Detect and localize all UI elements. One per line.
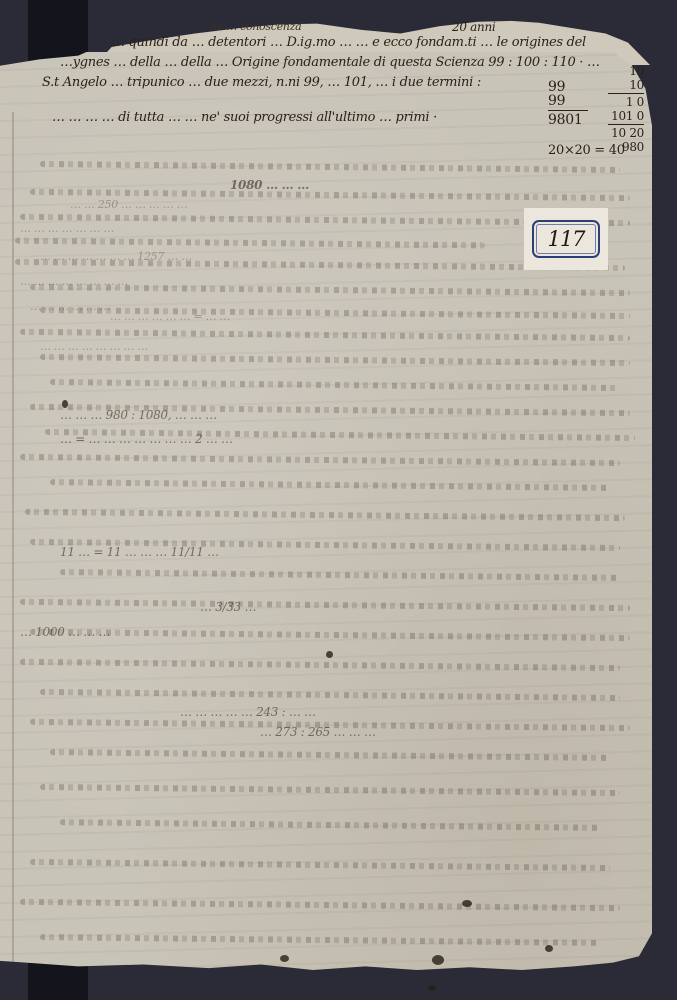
folio-label: 117	[524, 208, 608, 270]
body-line: … … … 980 : 1080, … … …	[60, 408, 217, 422]
manuscript-page	[0, 52, 652, 970]
faded-line: … … … … … … … 1257 … …	[40, 250, 192, 263]
bleed-through-text	[20, 454, 620, 466]
body-line: … 273 : 265 … … …	[260, 725, 376, 739]
body-line: … … … … … 243 : … …	[180, 705, 316, 719]
calc-row: 10 20	[608, 126, 644, 140]
body-line: … 3/33 …	[200, 600, 256, 614]
bleed-through-text	[40, 161, 620, 173]
scan-background: ne … conoscenza 20 anni … quindi da … de…	[0, 0, 677, 1000]
body-line: 11 … = 11 … … … 11/11 …	[60, 545, 219, 559]
faded-line: … … … … … … …	[20, 222, 114, 235]
bleed-through-text	[20, 659, 620, 671]
calc-row: 10	[608, 64, 644, 78]
calc-rule	[548, 110, 588, 111]
multiplication-calc: 99 99 9801	[548, 80, 588, 127]
ink-blot	[62, 400, 68, 408]
faded-line: … … 250 … … … … …	[70, 198, 187, 211]
calc-row: 101 0	[608, 109, 644, 123]
ink-blot	[462, 900, 472, 907]
product: 9801	[548, 113, 588, 127]
right-margin-calc: 10 10 1 0 101 0 10 20 980	[608, 64, 644, 154]
bleed-through-text	[25, 509, 625, 521]
bleed-through-text	[20, 599, 630, 611]
bleed-through-text	[60, 569, 620, 581]
bleed-through-text	[15, 238, 485, 249]
gutter-fold-line	[12, 112, 14, 1000]
body-line: … 1000 … … …	[20, 625, 110, 639]
folio-number: 117	[547, 227, 584, 251]
faded-line: … … … … … … … …	[40, 340, 148, 353]
header-line-0-right: 20 anni	[452, 20, 495, 34]
ink-blot	[280, 955, 289, 962]
bleed-through-text	[50, 479, 610, 491]
bleed-through-text	[40, 934, 600, 946]
bleed-through-text	[40, 689, 620, 701]
calc-rule	[608, 124, 644, 125]
ink-blot	[545, 945, 553, 952]
header-line-0-left: ne … conoscenza	[210, 20, 301, 33]
bleed-through-text	[60, 819, 600, 831]
calc-rule	[608, 93, 644, 94]
bleed-through-text	[50, 749, 610, 761]
folio-frame: 117	[532, 220, 600, 258]
bleed-through-text	[40, 354, 630, 366]
calc-bottom-result: 20×20 = 40	[548, 143, 625, 158]
faded-line: 1080 … … …	[230, 178, 309, 192]
factor-b: 99	[548, 94, 588, 108]
header-line-2: …ygnes … della … della … Origine fondame…	[60, 55, 600, 70]
faded-line: … … … … … … … …	[20, 275, 128, 288]
header-line-1: … quindi da … detentori … D.ig.mo … … e …	[112, 35, 586, 50]
bleed-through-text	[30, 629, 630, 641]
faded-line: … … … … … … = … …	[110, 310, 230, 323]
faded-line: … … … … … …	[30, 300, 110, 313]
calc-row: 10	[608, 78, 644, 92]
bleed-through-text	[40, 784, 620, 796]
header-line-3: S.t Angelo … tripunico … due mezzi, n.ni…	[42, 75, 481, 90]
calc-row: 1 0	[608, 95, 644, 109]
ink-blot	[428, 985, 436, 991]
factor-a: 99	[548, 80, 588, 94]
bleed-through-text	[30, 859, 610, 871]
bleed-through-text	[50, 379, 620, 391]
ink-blot	[432, 955, 444, 965]
ink-blot	[326, 651, 333, 658]
header-line-4: … … … … di tutta … … ne' suoi progressi …	[52, 110, 437, 125]
bleed-through-text	[20, 899, 620, 911]
body-line: … = … … … … … … … 2 … …	[60, 432, 233, 446]
